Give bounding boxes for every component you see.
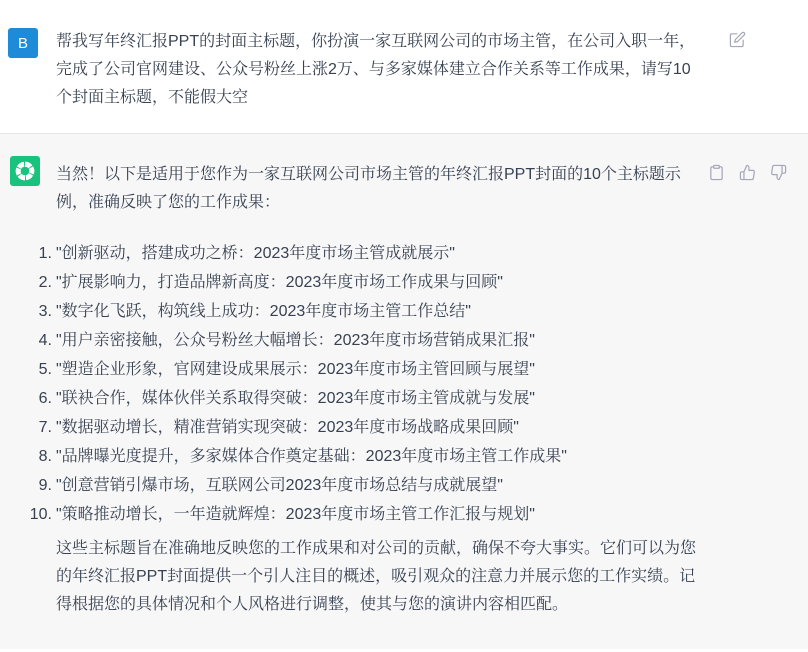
clipboard-copy-icon xyxy=(708,164,725,181)
list-item: 7."数据驱动增长，精准营销实现突破：2023年度市场战略成果回顾" xyxy=(56,414,700,442)
list-item: 10."策略推动增长，一年造就辉煌：2023年度市场主管工作汇报与规划" xyxy=(56,501,700,529)
list-item: 9."创意营销引爆市场，互联网公司2023年度市场总结与成就展望" xyxy=(56,472,700,500)
user-avatar: B xyxy=(8,28,38,58)
thumbs-up-icon xyxy=(739,164,756,181)
list-item-number: 4. xyxy=(11,327,52,355)
list-item-text: "策略推动增长，一年造就辉煌：2023年度市场主管工作汇报与规划" xyxy=(56,506,535,523)
list-item-text: "创新驱动，搭建成功之桥：2023年度市场主管成就展示" xyxy=(56,245,455,262)
chat-thread: B 帮我写年终汇报PPT的封面主标题，你扮演一家互联网公司的市场主管，在公司入职… xyxy=(0,0,808,649)
list-item-number: 6. xyxy=(11,385,52,413)
list-item-text: "数字化飞跃，构筑线上成功：2023年度市场主管工作总结" xyxy=(56,303,471,320)
title-list: 1."创新驱动，搭建成功之桥：2023年度市场主管成就展示"2."扩展影响力，打… xyxy=(56,240,700,529)
chatgpt-avatar xyxy=(10,156,40,186)
user-message-content: 帮我写年终汇报PPT的封面主标题，你扮演一家互联网公司的市场主管，在公司入职一年… xyxy=(56,28,700,112)
assistant-message-actions xyxy=(707,163,787,181)
list-item: 4."用户亲密接触，公众号粉丝大幅增长：2023年度市场营销成果汇报" xyxy=(56,327,700,355)
list-item-number: 2. xyxy=(11,269,52,297)
thumbs-up-button[interactable] xyxy=(738,163,756,181)
user-message-actions xyxy=(728,30,746,48)
list-item-text: "塑造企业形象，官网建设成果展示：2023年度市场主管回顾与展望" xyxy=(56,361,535,378)
list-item-text: "联袂合作，媒体伙伴关系取得突破：2023年度市场主管成就与发展" xyxy=(56,390,535,407)
list-item-number: 1. xyxy=(11,240,52,268)
copy-button[interactable] xyxy=(707,163,725,181)
list-item: 5."塑造企业形象，官网建设成果展示：2023年度市场主管回顾与展望" xyxy=(56,356,700,384)
list-item-number: 10. xyxy=(11,501,52,529)
edit-pencil-square-icon xyxy=(729,31,746,48)
assistant-intro-text: 当然！以下是适用于您作为一家互联网公司市场主管的年终汇报PPT封面的10个主标题… xyxy=(56,161,700,217)
list-item-number: 7. xyxy=(11,414,52,442)
list-item: 8."品牌曝光度提升，多家媒体合作奠定基础：2023年度市场主管工作成果" xyxy=(56,443,700,471)
assistant-outro-text: 这些主标题旨在准确地反映您的工作成果和对公司的贡献，确保不夸大事实。它们可以为您… xyxy=(56,535,700,619)
user-message: B 帮我写年终汇报PPT的封面主标题，你扮演一家互联网公司的市场主管，在公司入职… xyxy=(0,0,808,133)
list-item: 6."联袂合作，媒体伙伴关系取得突破：2023年度市场主管成就与发展" xyxy=(56,385,700,413)
list-item: 3."数字化飞跃，构筑线上成功：2023年度市场主管工作总结" xyxy=(56,298,700,326)
list-item-text: "品牌曝光度提升，多家媒体合作奠定基础：2023年度市场主管工作成果" xyxy=(56,448,567,465)
user-avatar-initial: B xyxy=(18,35,28,52)
assistant-message-content: 当然！以下是适用于您作为一家互联网公司市场主管的年终汇报PPT封面的10个主标题… xyxy=(56,161,700,619)
list-item: 2."扩展影响力，打造品牌新高度：2023年度市场工作成果与回顾" xyxy=(56,269,700,297)
list-item-number: 8. xyxy=(11,443,52,471)
list-item: 1."创新驱动，搭建成功之桥：2023年度市场主管成就展示" xyxy=(56,240,700,268)
assistant-message: 当然！以下是适用于您作为一家互联网公司市场主管的年终汇报PPT封面的10个主标题… xyxy=(0,133,808,649)
edit-message-button[interactable] xyxy=(728,30,746,48)
chatgpt-logo-icon xyxy=(14,160,36,182)
thumbs-down-icon xyxy=(770,164,787,181)
list-item-number: 9. xyxy=(11,472,52,500)
user-message-text: 帮我写年终汇报PPT的封面主标题，你扮演一家互联网公司的市场主管，在公司入职一年… xyxy=(56,28,700,112)
list-item-text: "用户亲密接触，公众号粉丝大幅增长：2023年度市场营销成果汇报" xyxy=(56,332,535,349)
list-item-number: 3. xyxy=(11,298,52,326)
list-item-text: "扩展影响力，打造品牌新高度：2023年度市场工作成果与回顾" xyxy=(56,274,503,291)
list-item-text: "创意营销引爆市场，互联网公司2023年度市场总结与成就展望" xyxy=(56,477,503,494)
thumbs-down-button[interactable] xyxy=(769,163,787,181)
list-item-text: "数据驱动增长，精准营销实现突破：2023年度市场战略成果回顾" xyxy=(56,419,519,436)
list-item-number: 5. xyxy=(11,356,52,384)
